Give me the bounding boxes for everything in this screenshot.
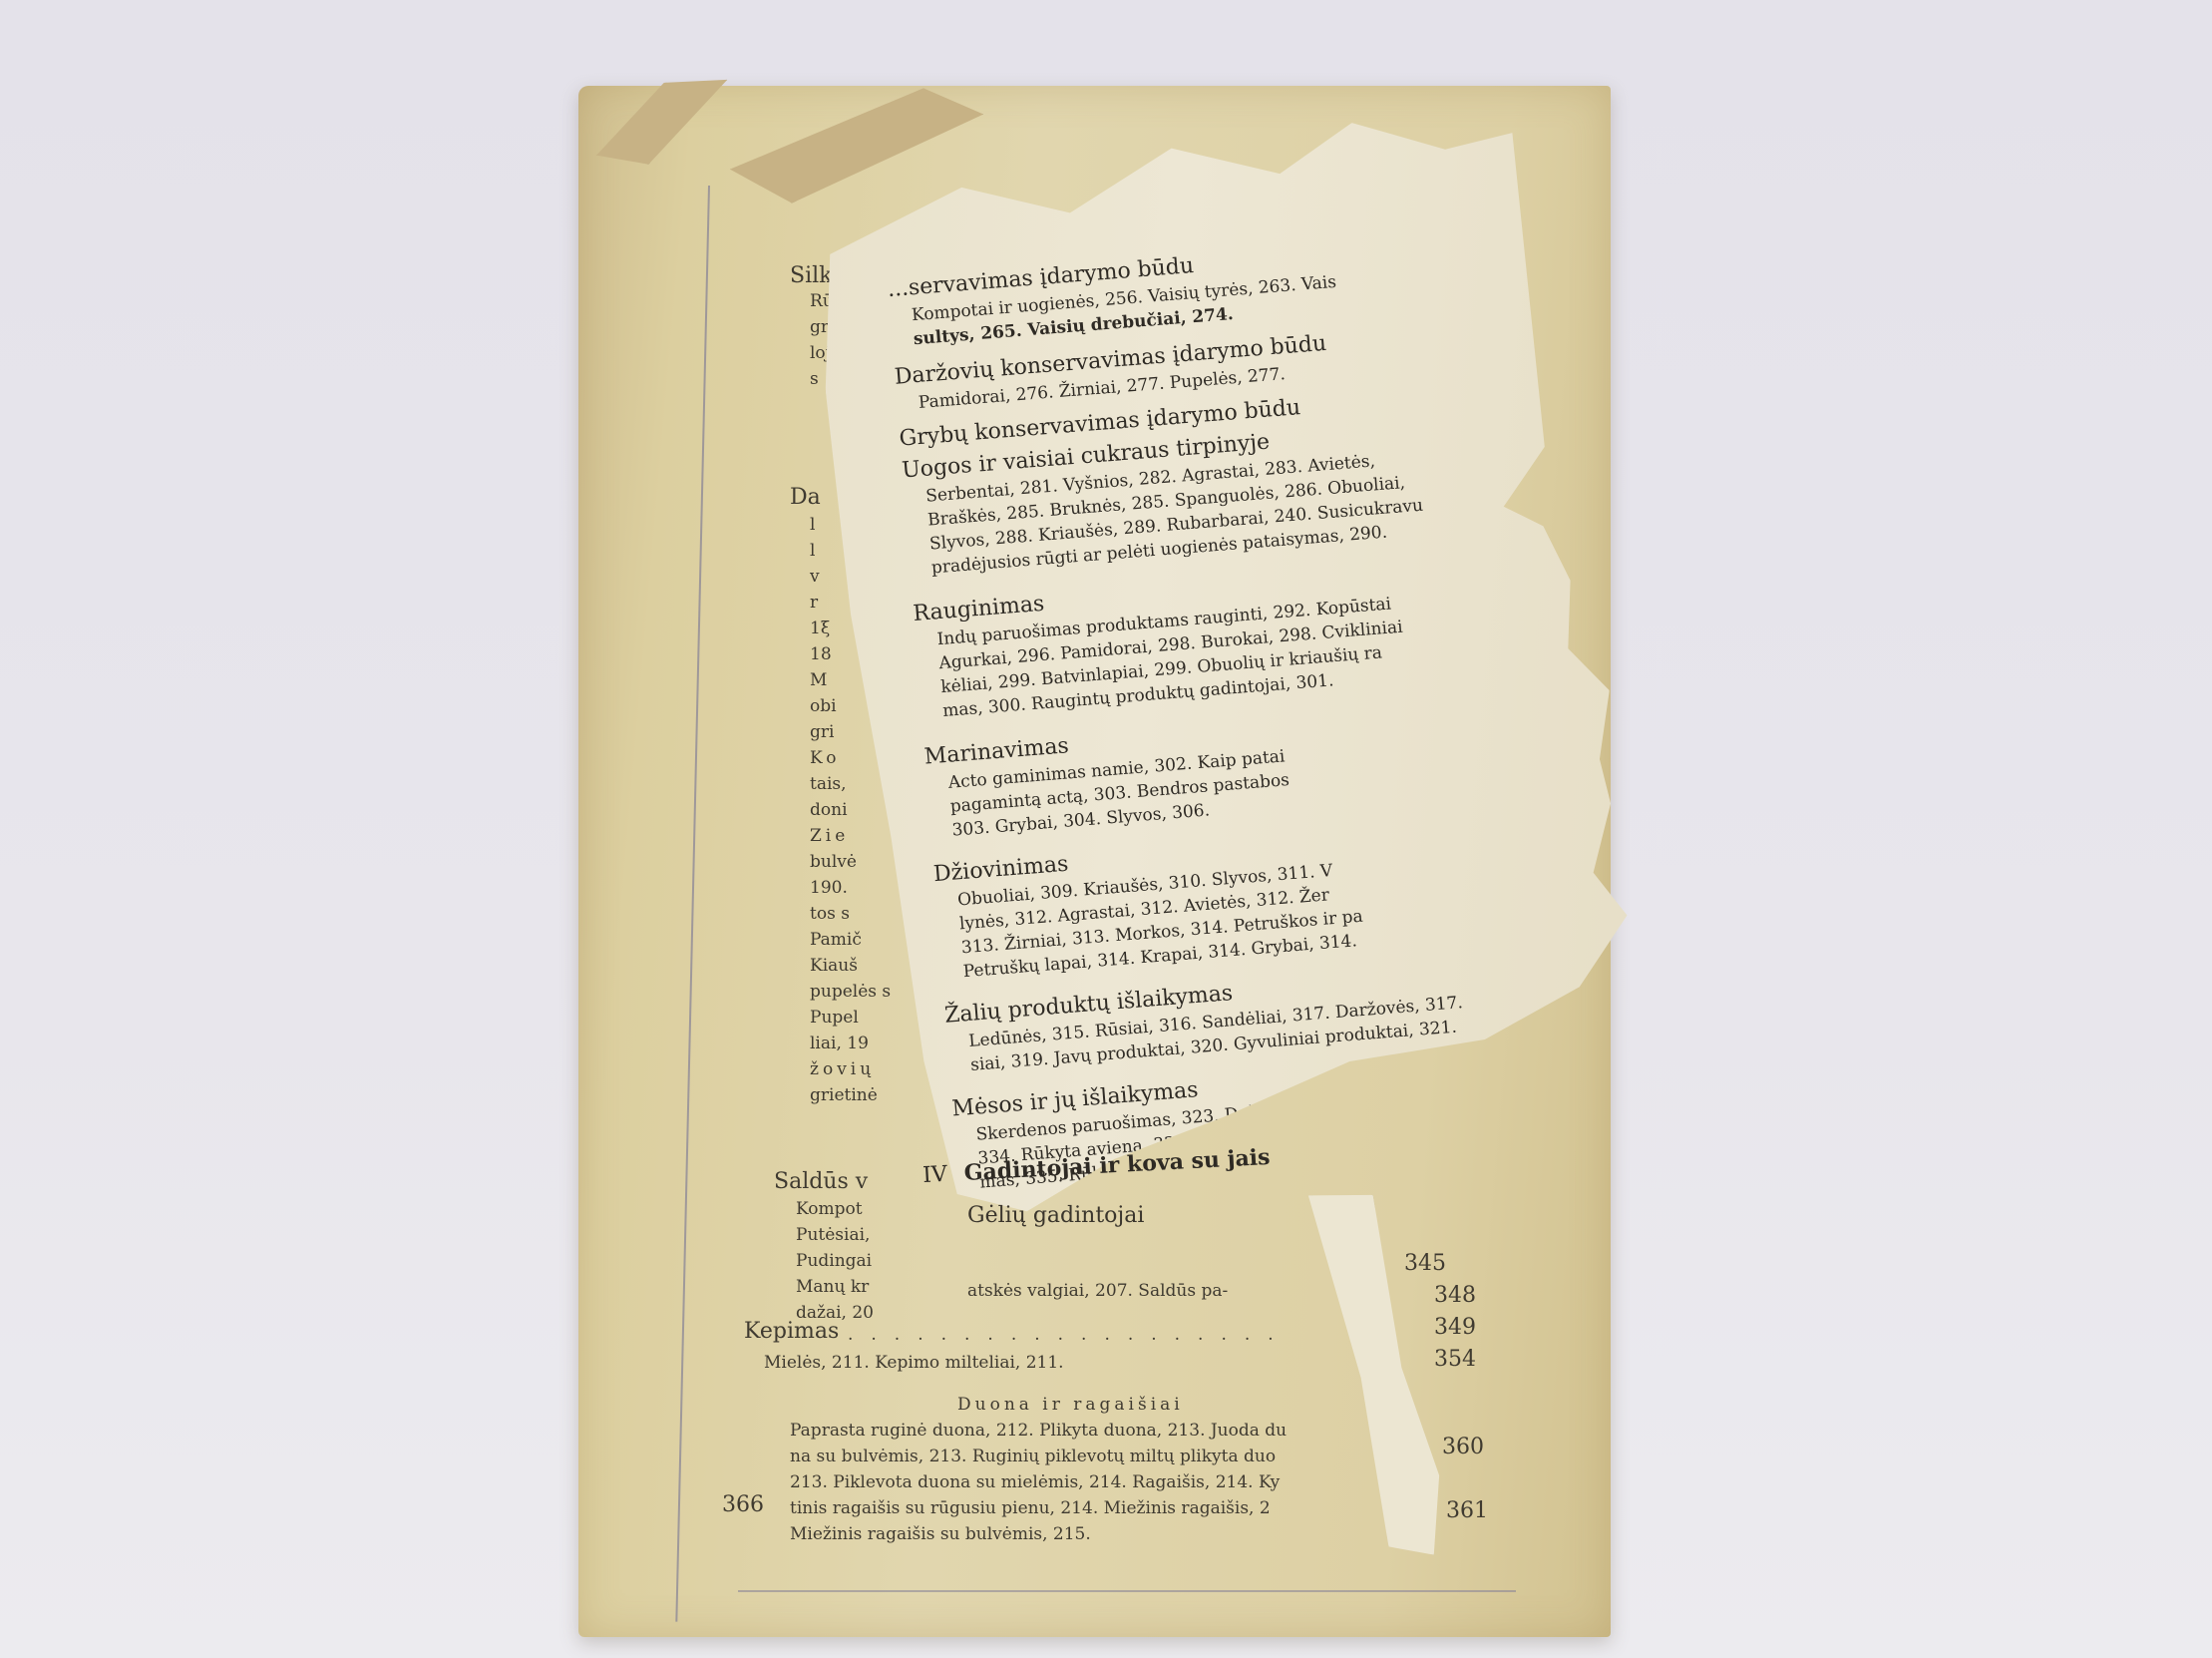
kepimas-heading: Kepimas	[744, 1319, 839, 1344]
page-ref: 360	[1442, 1435, 1484, 1459]
kepimas-detail: Mielės, 211. Kepimo milteliai, 211.	[764, 1353, 1064, 1373]
toc-line: Kompot	[796, 1199, 863, 1219]
toc-heading: Da	[790, 485, 821, 510]
toc-line: tinis ragaišis su rūgusiu pienu, 214. Mi…	[790, 1498, 1271, 1518]
subentry: Gėlių gadintojai	[967, 1203, 1144, 1228]
page-ref: 349	[1434, 1315, 1476, 1340]
toc-line: na su bulvėmis, 213. Ruginių piklevotų m…	[790, 1447, 1276, 1466]
toc-line: 190.	[810, 878, 848, 898]
toc-line: Ko	[810, 748, 840, 768]
toc-line: Kiauš	[810, 956, 858, 976]
toc-line: Miežinis ragaišis su bulvėmis, 215.	[790, 1524, 1091, 1544]
toc-line: l	[810, 541, 815, 561]
part-numeral: IV	[922, 1162, 948, 1188]
toc-line: atskės valgiai, 207. Saldūs pa-	[967, 1281, 1228, 1301]
toc-line: r	[810, 593, 818, 613]
toc-line: tos s	[810, 904, 850, 924]
toc-line: tais,	[810, 774, 847, 794]
toc-line: M	[810, 670, 827, 690]
page-ref: 348	[1434, 1283, 1476, 1308]
toc-line: doni	[810, 800, 848, 820]
toc-line: Pupel	[810, 1008, 859, 1028]
toc-line: Paprasta ruginė duona, 212. Plikyta duon…	[790, 1421, 1287, 1441]
toc-line: 1ξ	[810, 619, 830, 638]
toc-line: Pudingai	[796, 1251, 872, 1271]
toc-line: obi	[810, 696, 837, 716]
toc-line: 18	[810, 644, 832, 664]
page-ref: 345	[1404, 1251, 1446, 1276]
toc-line: žovių	[810, 1059, 875, 1079]
book-page: Silkių valgiai Rūkytos grieti loj s Da l…	[578, 86, 1611, 1637]
page-number: 366	[722, 1492, 764, 1517]
toc-line: Pamič	[810, 930, 862, 950]
toc-line: pupelės s	[810, 982, 891, 1002]
toc-line: s	[810, 369, 819, 389]
toc-line: Putėsiai,	[796, 1225, 870, 1245]
toc-line: v	[810, 567, 820, 587]
entry-title: Džiovinimas	[932, 852, 1069, 888]
toc-line: gri	[810, 722, 834, 742]
page-ref: 354	[1434, 1347, 1476, 1372]
toc-heading: Saldūs v	[774, 1169, 868, 1194]
toc-line: bulvė	[810, 852, 857, 872]
toc-line: l	[810, 515, 815, 535]
subsection-title: Duona ir ragaišiai	[957, 1395, 1184, 1415]
toc-line: liai, 19	[810, 1034, 869, 1053]
entry-title: Rauginimas	[913, 592, 1046, 626]
leader-dots: ...................	[848, 1325, 1291, 1345]
toc-line: 213. Piklevota duona su mielėmis, 214. R…	[790, 1472, 1280, 1492]
toc-line: grietinė	[810, 1085, 878, 1105]
page-ref: 361	[1446, 1498, 1488, 1523]
toc-line: Zie	[810, 826, 849, 846]
toc-line: Manų kr	[796, 1277, 869, 1297]
